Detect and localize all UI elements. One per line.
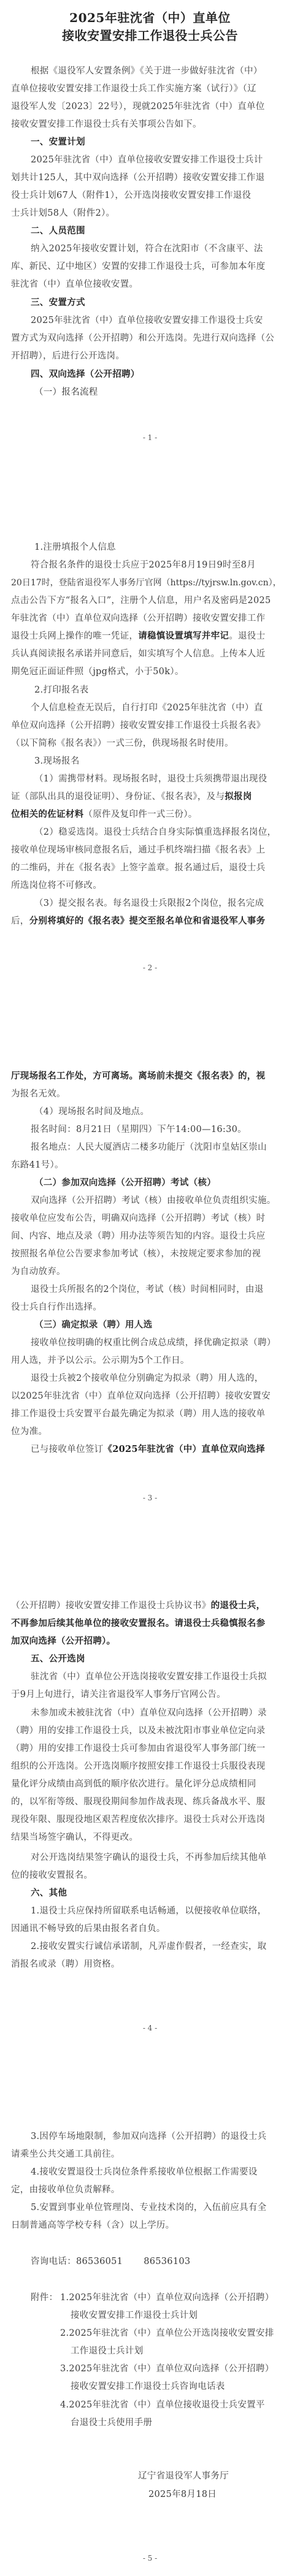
step2-text: （以下简称《报名表》）一式三份，供现场报名时使用。 bbox=[11, 737, 284, 750]
attachments-label: 附件： bbox=[31, 2292, 58, 2304]
section5-text: 量化评分成绩由高到低的顺序依次进行。量化评分总成绩相同 bbox=[11, 1778, 284, 1790]
step1-text: 兵认真阅读报名承诺并同意后，如实填写个人信息。上传本人近 bbox=[11, 648, 284, 660]
subsection-exam: （二）参加双向选择（公开招聘）考试（核） bbox=[34, 1177, 300, 1189]
candidates-text: 位为准。 bbox=[11, 1426, 284, 1438]
step1-text: 符合报名条件的退役士兵应于2025年8月19日9时至8月 bbox=[31, 559, 284, 571]
step3-text-emphasis: 厅现场报名工作处，方可离场。 bbox=[11, 1071, 138, 1081]
section6-text: 2.接收安置实行诚信承诺制，凡弄虚作假者，一经查实，取 bbox=[31, 1940, 284, 1953]
step3-text: （2）稳妥选岗。退役士兵结合自身实际慎重选择报名岗位， bbox=[34, 826, 300, 838]
document-title-line2: 接收安置安排工作退役士兵公告 bbox=[0, 28, 300, 44]
step2-text: 个人信息检查无误后，自行打印《2025年驻沈省（中）直 bbox=[31, 702, 284, 714]
section6-text: 1.退役士兵应保持所留联系电话畅通，以便接收单位联络， bbox=[31, 1905, 284, 1917]
section5-text: 现役年限、服现役地区艰苦程度依次排序。退役士兵对公开选岗 bbox=[11, 1814, 284, 1826]
section3-text: 置方式为双向选择（公开招聘）和公开选岗。先进行双向选择（公 bbox=[11, 332, 284, 344]
section6-text: 请乘坐公共交通工具前往。 bbox=[11, 2148, 284, 2160]
section5-text: 结果当场签字确认，不得更改。 bbox=[11, 1831, 284, 1844]
section6-text: 5.安置到事业单位管理岗、专业技术岗的，入伍前应具有全 bbox=[31, 2202, 284, 2214]
document-title-line1: 2025年驻沈省（中）直单位 bbox=[0, 10, 300, 26]
step-register-title: 1.注册填报个人信息 bbox=[34, 541, 300, 553]
step3-text: 位相关的佐证材料（原件及复印件一式三份）。 bbox=[11, 808, 284, 821]
step1-text: 期免冠正面证件照（jpg格式，小于50k）。 bbox=[11, 666, 284, 678]
step-print-title: 2.打印报名表 bbox=[34, 684, 300, 696]
section5-text: （聘）用的安排工作退役士兵可参加由省退役军人事务部门统一 bbox=[11, 1742, 284, 1755]
section2-text: 驻沈省（中）直单位接收安置。 bbox=[11, 278, 284, 291]
step3-text: 为报名无效。 bbox=[11, 1088, 284, 1100]
attachment-item: 接收安置安排工作退役士兵计划 bbox=[71, 2309, 284, 2322]
candidates-text: 退役士兵被2个接收单位分别确定为拟录（聘）用人选的， bbox=[31, 1372, 284, 1385]
step3-text-plain: （原件及复印件一式三份）。 bbox=[83, 810, 197, 819]
candidates-text: 以2025年驻沈省（中）直单位双向选择（公开招聘）接收安置安 bbox=[11, 1390, 284, 1402]
section6-text: 4.接收安置退役士兵岗位条件系接收单位根据工作需要设 bbox=[31, 2166, 284, 2178]
step3-text-plain: 后， bbox=[11, 916, 29, 926]
step3-text: （4）现场报名时间及地点。 bbox=[34, 1106, 300, 1118]
section-heading-open-selection: 五、公开选岗 bbox=[31, 1653, 284, 1665]
registration-location: 报名地点：人民大厦酒店二楼多功能厅（沈阳市皇姑区崇山 bbox=[31, 1141, 284, 1153]
section1-text: 役士兵计划67人（附件1），公开选岗接收安置安排工作退役 bbox=[11, 189, 284, 202]
attachment-item: 3.2025年驻沈省（中）直单位双向选择（公开招聘） bbox=[60, 2363, 284, 2375]
step2-text: 单位双向选择（公开招聘）接收安置安排工作退役士兵报名表》 bbox=[11, 720, 284, 732]
intro-paragraph: 接收安置安排工作退役士兵有关事项公告如下。 bbox=[11, 118, 284, 131]
exam-text: 役士兵自行作出选择。 bbox=[11, 1301, 284, 1313]
contact-label: 咨询电话： bbox=[31, 2257, 76, 2266]
candidates-text: 排工作退役士兵安置平台最先确定为拟录（聘）用人选的接收单 bbox=[11, 1408, 284, 1420]
exam-text: 间、内容、地点及录（聘）用办法等须告知的内容。退役士兵应 bbox=[11, 1230, 284, 1242]
exam-text: 按照报名单位公告要求参加考试（核），未按规定要求参加的视 bbox=[11, 1248, 284, 1260]
exam-text: 接收单位应发布公告，明确双向选择（公开招聘）考试（核）时 bbox=[11, 1212, 284, 1225]
contact-phones: 咨询电话：8653605186536103 bbox=[31, 2255, 284, 2268]
section6-text: 因通讯不畅导致的后果由报名者自负。 bbox=[11, 1923, 284, 1935]
page-number: - 3 - bbox=[0, 1494, 300, 1502]
step3-text-emphasis: 拟报岗 bbox=[225, 791, 252, 802]
attachment-item: 工作退役士兵计划 bbox=[71, 2345, 284, 2357]
attachment-item: 接收安置安排工作退役士兵咨询电话表 bbox=[71, 2380, 284, 2393]
candidates-text: 接收单位按明确的权重比例合成总成绩，择优确定拟录（聘） bbox=[31, 1337, 284, 1349]
attachment-item: 1.2025年驻沈省（中）直单位双向选择（公开招聘） bbox=[60, 2292, 284, 2304]
section3-text: 2025年驻沈省（中）直单位接收安置安排工作退役士兵安 bbox=[31, 314, 284, 327]
section-heading-placement-plan: 一、安置计划 bbox=[31, 136, 284, 148]
page-number: - 5 - bbox=[0, 2554, 300, 2563]
step1-text-url: 20日17时，登陆省退役军人事务厅官网（https://tyjrsw.ln.go… bbox=[11, 577, 284, 589]
step1-text: 点击公告下方“报名入口”，注册个人信息，用户名及密码是2025 bbox=[11, 595, 284, 607]
page-number: - 2 - bbox=[0, 963, 300, 972]
registration-location: 东路41号）。 bbox=[11, 1159, 284, 1171]
step-onsite-title: 3.现场报名 bbox=[34, 755, 300, 767]
step3-text: 所选岗位将不可修改。 bbox=[11, 880, 284, 892]
attachment-item: 4.2025年驻沈省（中）直单位接收退役士兵安置平 bbox=[60, 2399, 284, 2411]
candidates-text: 加双向选择（公开招聘）。 bbox=[11, 1635, 284, 1647]
section5-text: 的，以军衔等级、服现役期间参加作战表现、练兵备战水平、服 bbox=[11, 1796, 284, 1808]
candidates-text-emphasis: 的退役士兵， bbox=[211, 1600, 266, 1611]
intro-paragraph: 根据《退役军人安置条例》《关于进一步做好驻沈省（中） bbox=[31, 65, 284, 77]
signature-organization: 辽宁省退役军人事务厅 bbox=[138, 2470, 229, 2482]
step3-text: （3）提交报名表。每名退役士兵限报2个岗位，报名完成 bbox=[34, 897, 300, 910]
section5-text: 对公开选岗结果签字确认的退役士兵，不再参加后续其他单 bbox=[31, 1852, 284, 1864]
candidates-text-plain: 已与接收单位签订 bbox=[31, 1445, 103, 1454]
section-heading-two-way-selection: 四、双向选择（公开招聘） bbox=[31, 368, 284, 381]
exam-text: 退役士兵所报名的2个岗位，考试（核）时间相同时，由退 bbox=[31, 1283, 284, 1296]
candidates-text: 用人选，并予以公示。公示期为5个工作日。 bbox=[11, 1354, 284, 1367]
section6-text: 消报名或录（聘）用资格。 bbox=[11, 1958, 284, 1970]
step3-text: 厅现场报名工作处，方可离场。离场前未提交《报名表》的，视 bbox=[11, 1070, 284, 1082]
section1-text: 士兵计划58人（附件2）。 bbox=[11, 207, 284, 219]
step3-text-emphasis: 离场前未提交《报名表》的，视 bbox=[138, 1071, 265, 1081]
attachment-item: 台退役士兵使用手册 bbox=[71, 2417, 284, 2429]
section6-text: 3.因停车场地限制，参加双向选择（公开招聘）的退役士兵 bbox=[31, 2130, 284, 2143]
contact-phone: 86536103 bbox=[144, 2257, 190, 2266]
step1-text-emphasis: 请稳慎设置填写并牢记 bbox=[138, 631, 229, 641]
step1-text: 年驻沈省（中）直单位双向选择（公开招聘）接收安置安排工作 bbox=[11, 612, 284, 625]
step3-text-plain: 证（部队出具的退役证明）、身份证、《报名表》，及与 bbox=[11, 792, 225, 802]
section5-text: 未参加或未被驻沈省（中）直单位双向选择（公开招聘）录 bbox=[31, 1707, 284, 1719]
step3-text: 接收单位现场审核同意报名后，通过手机终端扫描《报名表》上 bbox=[11, 844, 284, 856]
exam-text: 双向选择（公开招聘）考试（核）由接收单位负责组织实施。 bbox=[31, 1195, 284, 1207]
section-heading-other: 六、其他 bbox=[31, 1887, 284, 1899]
section6-text: 定，由接收单位负责解释。 bbox=[11, 2184, 284, 2196]
step3-text: 的二维码，并在《报名表》上签字盖章。报名通过后，退役士兵 bbox=[11, 862, 284, 874]
step3-text: 后，分别将填好的《报名表》提交至报名单位和省退役军人事务 bbox=[11, 915, 284, 927]
exam-text: 为自动放弃。 bbox=[11, 1266, 284, 1278]
step1-text-plain: 退役士兵网上操作的唯一凭证， bbox=[11, 631, 138, 641]
page-number: - 1 - bbox=[0, 433, 300, 442]
step3-text: 证（部队出具的退役证明）、身份证、《报名表》，及与拟报岗 bbox=[11, 791, 284, 803]
attachment-item: 2.2025年驻沈省（中）直单位公开选岗接收安置安排 bbox=[60, 2327, 284, 2339]
candidates-text: 不再参加后续其他单位的接收安置报名。请退役士兵稳慎报名参 bbox=[11, 1617, 284, 1630]
section5-text: 驻沈省（中）直单位公开选岗接收安置安排工作退役士兵拟 bbox=[31, 1671, 284, 1683]
step3-text-emphasis: 分别将填好的《报名表》提交至报名单位和省退役军人事务 bbox=[29, 916, 266, 926]
subsection-registration-process: （一）报名流程 bbox=[34, 386, 300, 398]
section6-text: 日制普通高等学校专科（含）以上学历。 bbox=[11, 2219, 284, 2232]
subsection-candidates: （三）确定拟录（聘）用人选 bbox=[34, 1319, 300, 1331]
contact-phone: 86536051 bbox=[76, 2257, 123, 2266]
intro-paragraph: 退役军人发〔2023〕22号），现就2025年驻沈省（中）直单位 bbox=[11, 101, 284, 113]
section3-text: 开招聘），后进行公开选岗。 bbox=[11, 350, 284, 362]
step3-text: （1）需携带材料。现场报名时，退役士兵须携带退出现役 bbox=[34, 773, 300, 785]
signature-date: 2025年8月18日 bbox=[148, 2488, 217, 2501]
step1-text-plain: 。退役士 bbox=[229, 631, 265, 641]
page-number: - 4 - bbox=[0, 2024, 300, 2032]
section5-text: 于9月上旬进行，请关注省退役军人事务厅官网公告。 bbox=[11, 1689, 284, 1701]
section-heading-placement-method: 三、安置方式 bbox=[31, 297, 284, 309]
section2-text: 纳入2025年接收安置计划，符合在沈阳市（不含康平、法 bbox=[31, 243, 284, 255]
candidates-text: （公开招聘）接收安置安排工作退役士兵协议书》的退役士兵， bbox=[11, 1600, 284, 1612]
intro-paragraph: 直单位接收安置安排工作退役士兵工作实施方案（试行）》（辽 bbox=[11, 83, 284, 95]
section5-text: （聘）用的安排工作退役士兵，以及未被沈阳市事业单位定向录 bbox=[11, 1725, 284, 1737]
section5-text: 组织的公开选岗。公开选岗顺序按照安排工作退役士兵服役表现 bbox=[11, 1760, 284, 1772]
section1-text: 2025年驻沈省（中）直单位接收安置安排工作退役士兵计 bbox=[31, 154, 284, 166]
section2-text: 库、新民、辽中地区）安置的安排工作退役士兵，可参加本年度 bbox=[11, 260, 284, 273]
step1-text: 退役士兵网上操作的唯一凭证，请稳慎设置填写并牢记。退役士 bbox=[11, 630, 284, 642]
candidates-text: 已与接收单位签订《2025年驻沈省（中）直单位双向选择 bbox=[31, 1443, 284, 1456]
section-heading-personnel-scope: 二、人员范围 bbox=[31, 225, 284, 237]
section5-text: 位的接收安置报名。 bbox=[11, 1869, 284, 1882]
step3-text-emphasis: 位相关的佐证材料 bbox=[11, 809, 83, 819]
section1-text: 划共计125人，其中双向选择（公开招聘）接收安置安排工作退 bbox=[11, 172, 284, 184]
candidates-text-plain: （公开招聘）接收安置安排工作退役士兵协议书》 bbox=[11, 1601, 211, 1611]
registration-time: 报名时间：8月21日（星期四）下午14:00—16:30。 bbox=[31, 1123, 284, 1136]
candidates-text-emphasis: 《2025年驻沈省（中）直单位双向选择 bbox=[103, 1444, 265, 1454]
